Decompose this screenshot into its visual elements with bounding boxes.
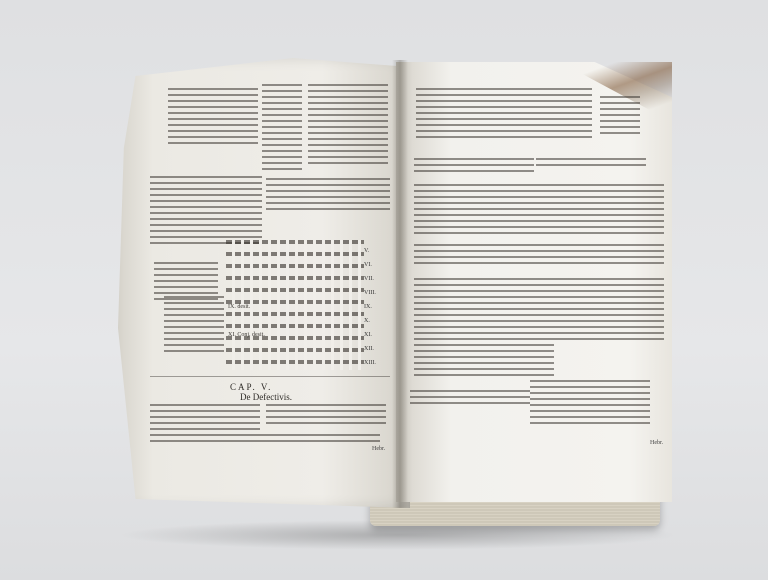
right-top-hebrew: [600, 96, 640, 136]
left-footer-word: Hebr.: [372, 446, 385, 452]
roman-xi: XI.: [364, 332, 372, 338]
right-top-table: [416, 88, 592, 142]
defectivis-para-right: [266, 404, 386, 424]
chapter-heading: CAP. V.: [230, 382, 272, 392]
roman-xii: XII.: [364, 346, 374, 352]
book-gutter: [392, 60, 408, 508]
row-label-ix: IX. desit.: [228, 304, 250, 311]
hebrew-column: [308, 84, 388, 164]
right-para-1: [414, 158, 534, 174]
right-mid-table-2: [414, 244, 664, 266]
left-paragraph: [150, 176, 262, 246]
row-label-xi: XI. Conj. desit.: [228, 332, 265, 339]
defectivis-para-left: [150, 404, 260, 430]
defectivis-table: [150, 434, 380, 442]
roman-v: V.: [364, 248, 369, 254]
right-paragraph: [266, 178, 390, 214]
roman-vii: VII.: [364, 276, 374, 282]
roman-viii: VIII.: [364, 290, 376, 296]
roman-x: X.: [364, 318, 370, 324]
right-lower-para: [414, 344, 554, 378]
left-top-table: [168, 88, 258, 148]
right-footer-word: Hebr.: [650, 440, 663, 446]
right-mid-table: [414, 184, 664, 238]
arabic-line: [410, 390, 530, 404]
roman-ix: IX.: [364, 304, 372, 310]
roman-xiii: XIII.: [364, 360, 376, 366]
right-bottom-table: [530, 380, 650, 424]
syriac-column: [262, 84, 302, 174]
roman-vi: VI.: [364, 262, 372, 268]
right-para-2: [536, 158, 646, 168]
note-block-2: [164, 296, 224, 356]
chapter-subtitle: De Defectivis.: [240, 392, 292, 402]
chapter-rule: [150, 376, 390, 377]
right-lower-table: [414, 278, 664, 340]
note-block-1: [154, 262, 218, 300]
